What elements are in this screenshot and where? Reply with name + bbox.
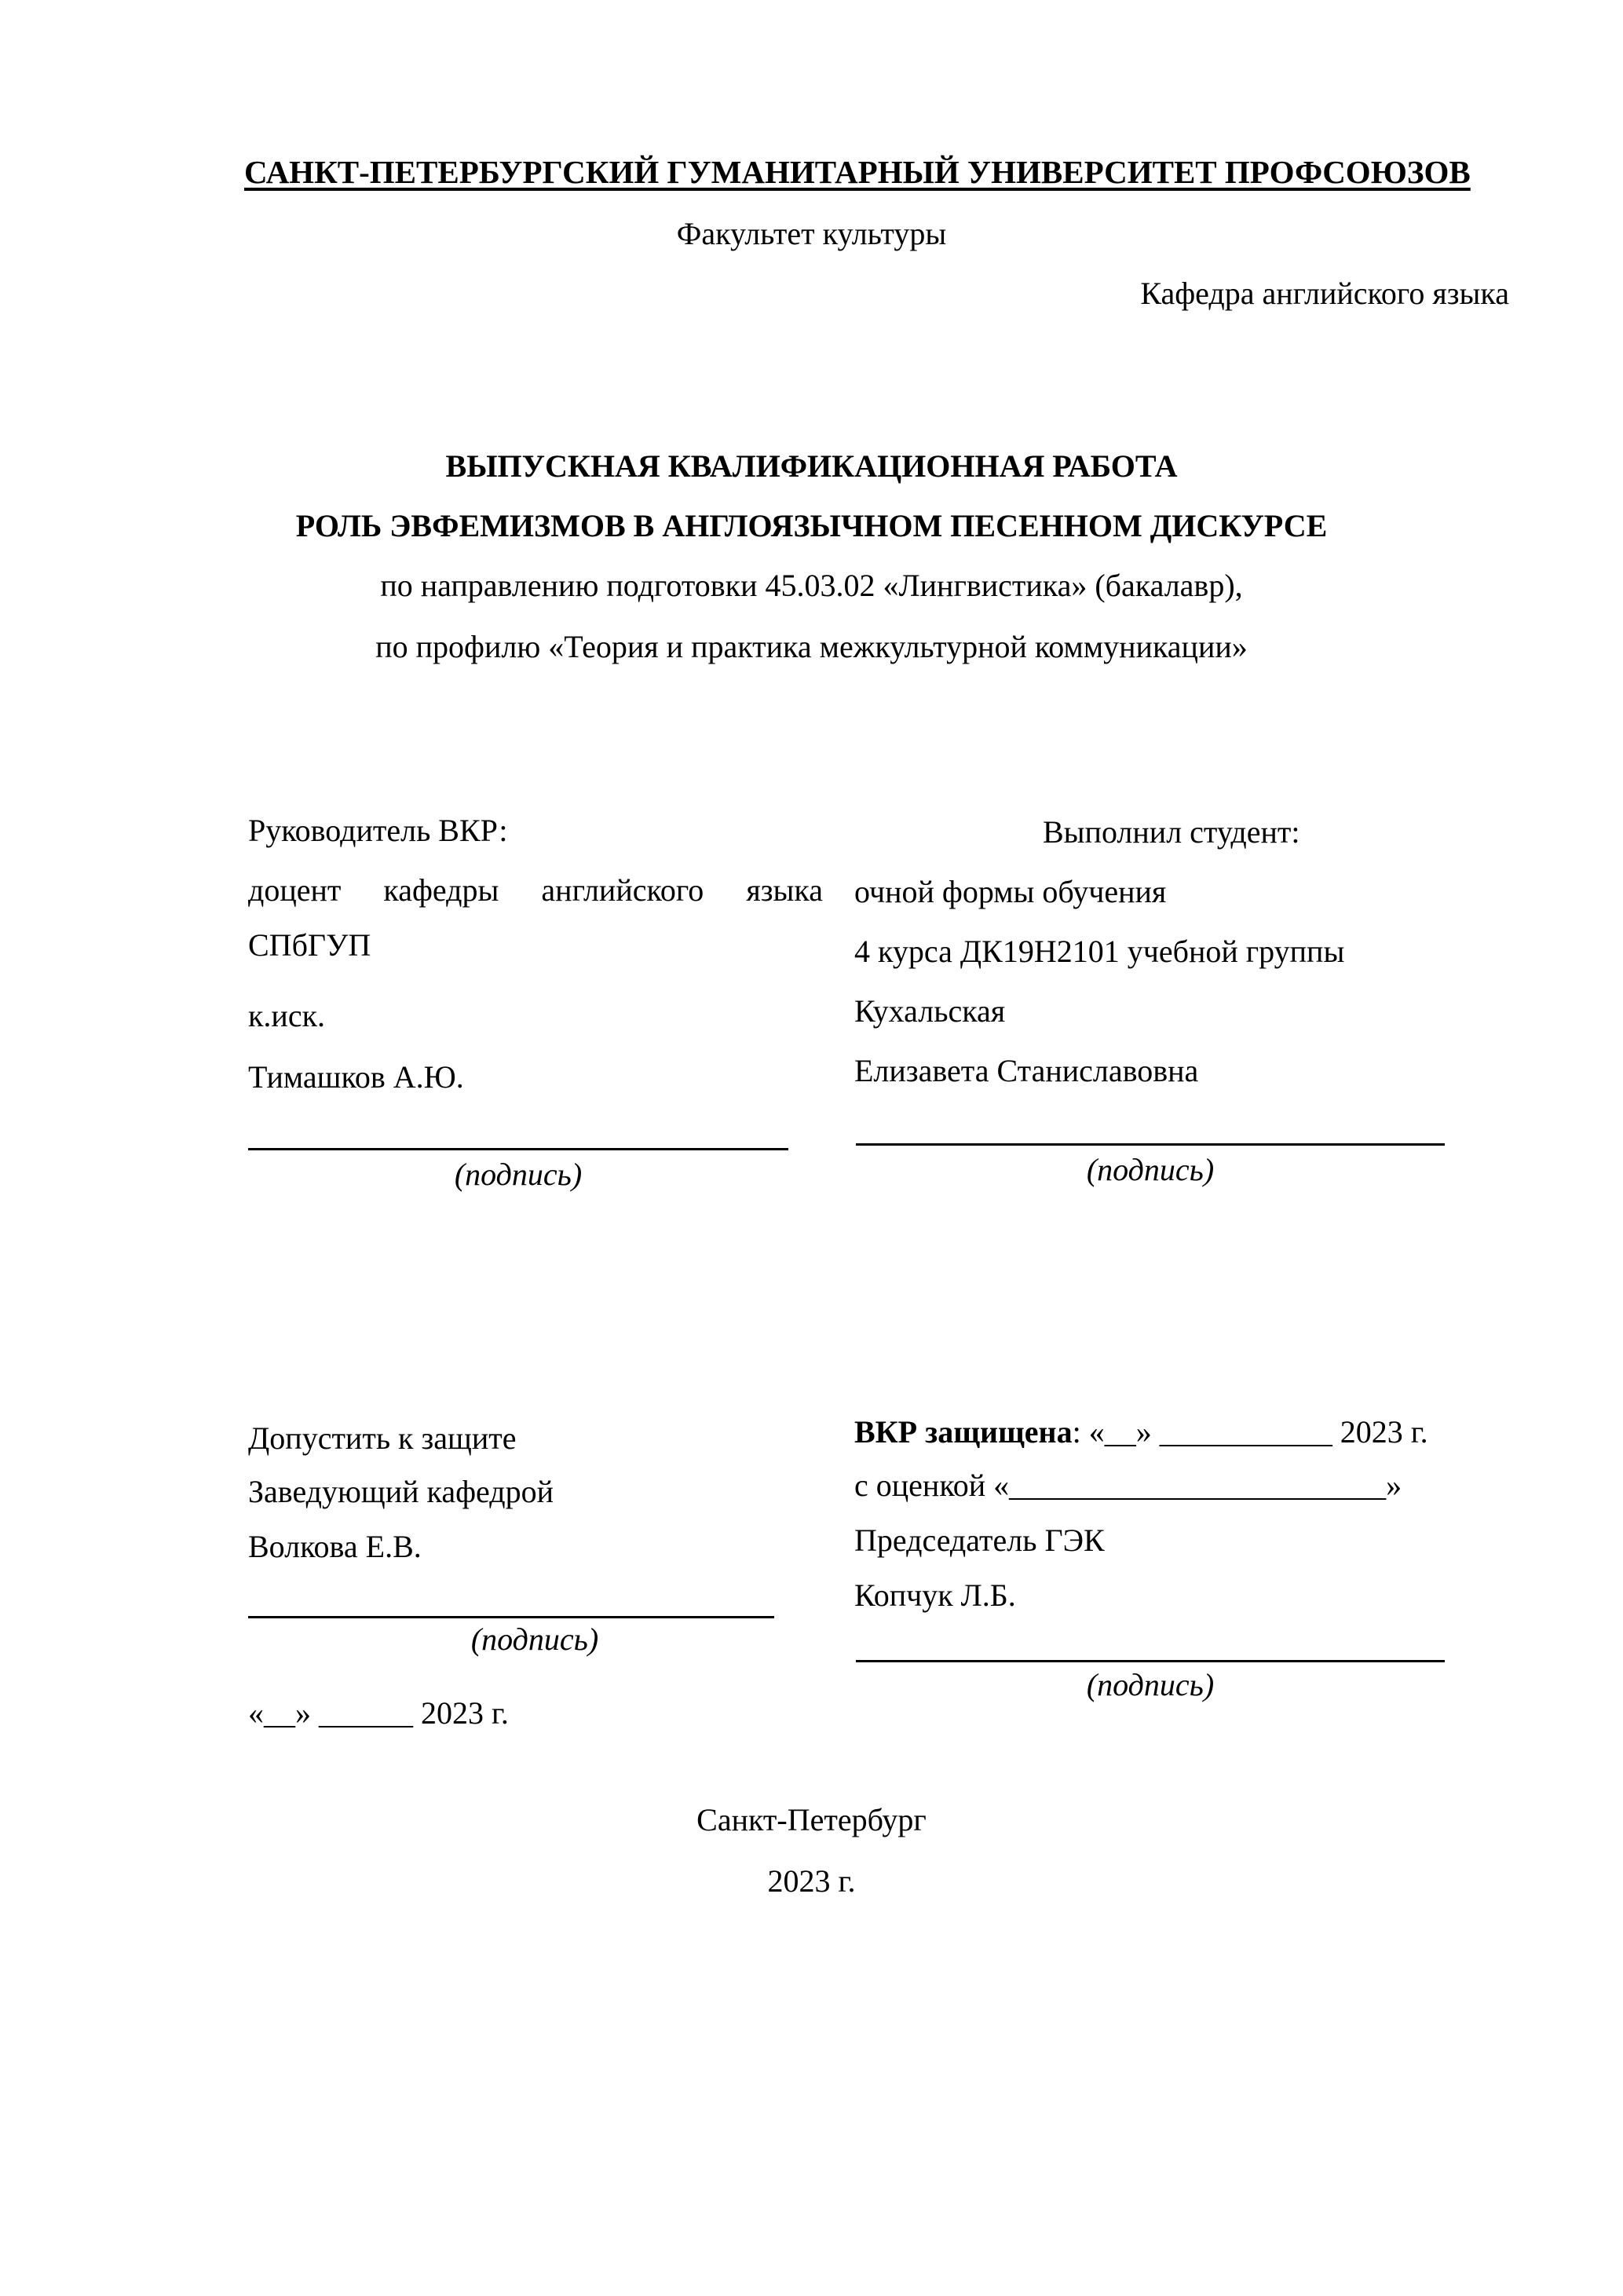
study-profile: по профилю «Теория и практика межкультур…	[0, 628, 1623, 666]
admission-date: «__» ______ 2023 г.	[248, 1695, 509, 1732]
head-of-department-name: Волкова Е.В.	[248, 1528, 422, 1566]
defense-signature-caption: (подпись)	[856, 1666, 1445, 1704]
supervisor-heading: Руководитель ВКР:	[248, 812, 508, 850]
university-name: САНКТ-ПЕТЕРБУРГСКИЙ ГУМАНИТАРНЫЙ УНИВЕРС…	[244, 153, 1471, 191]
admission-signature-line	[248, 1616, 774, 1618]
defense-status: ВКР защищена: «__» ___________ 2023 г.	[854, 1413, 1428, 1451]
supervisor-signature-line	[248, 1148, 788, 1150]
student-group: 4 курса ДК19Н2101 учебной группы	[854, 933, 1344, 971]
faculty-name: Факультет культуры	[0, 215, 1623, 253]
supervisor-signature-caption: (подпись)	[248, 1156, 788, 1194]
student-surname: Кухальская	[854, 993, 1005, 1030]
year: 2023 г.	[0, 1863, 1623, 1900]
thesis-topic: РОЛЬ ЭВФЕМИЗМОВ В АНГЛОЯЗЫЧНОМ ПЕСЕННОМ …	[0, 507, 1623, 545]
admission-signature-caption: (подпись)	[248, 1621, 821, 1658]
study-direction: по направлению подготовки 45.03.02 «Линг…	[0, 567, 1623, 605]
department-name: Кафедра английского языка	[1140, 275, 1509, 313]
defense-grade: с оценкой «________________________»	[854, 1467, 1402, 1504]
supervisor-position: доцент кафедры английского языка	[248, 872, 823, 909]
student-heading: Выполнил студент:	[1043, 813, 1299, 851]
admission-heading: Допустить к защите	[248, 1420, 516, 1457]
defense-label: ВКР защищена	[854, 1414, 1073, 1450]
commission-chair-name: Копчук Л.Б.	[854, 1577, 1016, 1614]
supervisor-name: Тимашков А.Ю.	[248, 1058, 464, 1096]
commission-chair-role: Председатель ГЭК	[854, 1522, 1105, 1559]
defense-signature-line	[856, 1660, 1445, 1662]
work-type: ВЫПУСКНАЯ КВАЛИФИКАЦИОННАЯ РАБОТА	[0, 448, 1623, 485]
defense-date: : «__» ___________ 2023 г.	[1073, 1414, 1428, 1450]
supervisor-university: СПбГУП	[248, 927, 371, 964]
student-study-form: очной формы обучения	[854, 873, 1166, 911]
student-signature-caption: (подпись)	[856, 1151, 1445, 1189]
student-given-names: Елизавета Станиславовна	[854, 1052, 1198, 1090]
student-signature-line	[856, 1143, 1445, 1146]
head-of-department-role: Заведующий кафедрой	[248, 1473, 554, 1511]
supervisor-degree: к.иск.	[248, 997, 325, 1035]
city: Санкт-Петербург	[0, 1801, 1623, 1839]
